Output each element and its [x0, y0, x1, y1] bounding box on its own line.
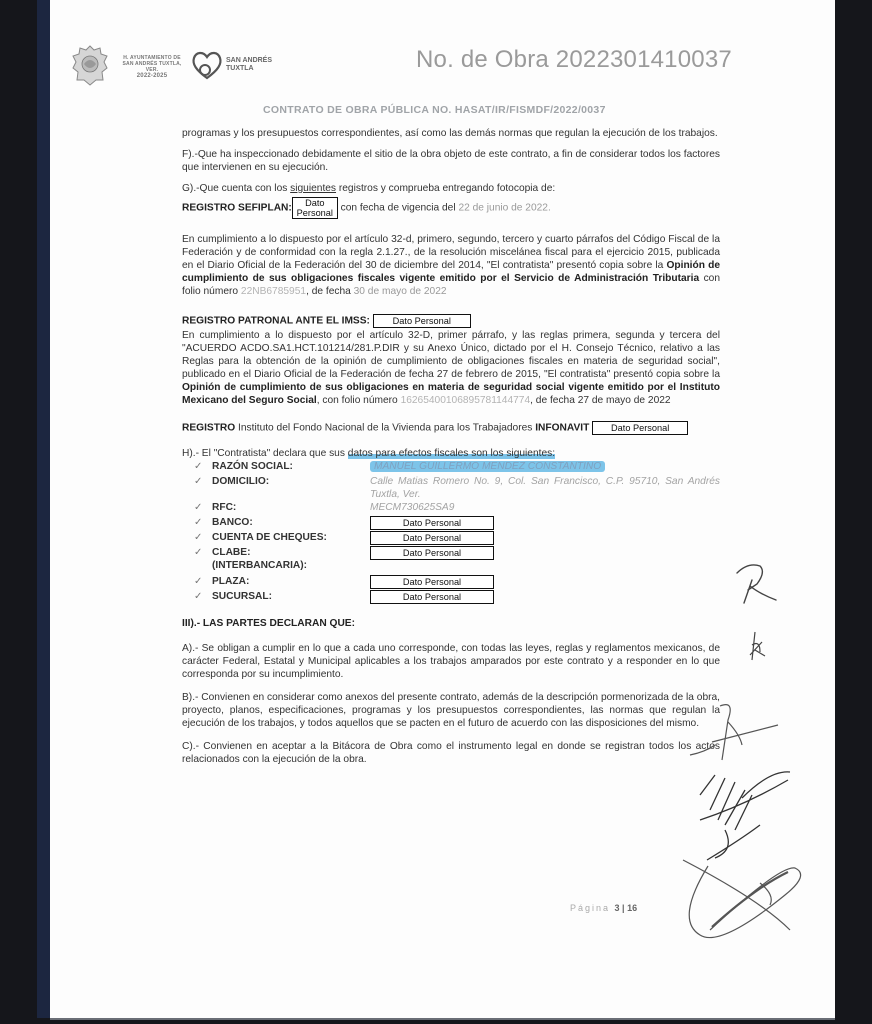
- redacted-line1: Dato: [305, 198, 324, 208]
- heart-logo-icon: [190, 48, 224, 82]
- fiscal-item: ✓RFC:MECM730625SA9: [182, 501, 720, 516]
- paragraph-f: F).-Que ha inspeccionado debidamente el …: [182, 148, 720, 174]
- infonavit-bold: INFONAVIT: [535, 423, 589, 434]
- fiscal-label: CLABE: (INTERBANCARIA):: [212, 546, 332, 572]
- document-body: programas y los presupuestos correspondi…: [182, 127, 720, 774]
- document-header: H. AYUNTAMIENTO DE SAN ANDRÉS TUXTLA, VE…: [70, 42, 750, 92]
- fiscal-data-list: ✓RAZÓN SOCIAL:MANUEL GUILLERMO MENDEZ CO…: [182, 460, 720, 605]
- infonavit-label: REGISTRO: [182, 423, 235, 434]
- checkmark-icon: ✓: [182, 501, 212, 514]
- checkmark-icon: ✓: [182, 575, 212, 588]
- imss-text-1: En cumplimiento a lo dispuesto por el ar…: [182, 330, 720, 380]
- sefiplan-text: con fecha de vigencia del: [338, 203, 459, 214]
- paragraph-h: H).- El "Contratista" declara que sus da…: [182, 447, 720, 460]
- sat-text-3: , de fecha: [306, 286, 354, 297]
- fiscal-label: DOMICILIO:: [212, 475, 370, 488]
- checkmark-icon: ✓: [182, 546, 212, 559]
- g-suffix: registros y comprueba entregando fotocop…: [336, 183, 555, 194]
- g-prefix: G).-Que cuenta con los: [182, 183, 290, 194]
- fiscal-value: Dato Personal: [370, 546, 720, 560]
- municipality-years: 2022-2025: [118, 73, 186, 79]
- sat-folio: 22NB6785951: [241, 286, 306, 297]
- infonavit-row: REGISTRO Instituto del Fondo Nacional de…: [182, 421, 720, 435]
- fiscal-label: RFC:: [212, 501, 370, 514]
- redacted-box: Dato Personal: [370, 546, 494, 560]
- checkmark-icon: ✓: [182, 475, 212, 488]
- fiscal-item: ✓RAZÓN SOCIAL:MANUEL GUILLERMO MENDEZ CO…: [182, 460, 720, 475]
- redacted-imss-box: Dato Personal: [373, 314, 471, 328]
- redacted-line2: Personal: [297, 208, 333, 218]
- redacted-box: Dato Personal: [370, 575, 494, 589]
- imss-folio: 16265400106895781144774: [401, 395, 531, 406]
- imss-row: REGISTRO PATRONAL ANTE EL IMSS: Dato Per…: [182, 314, 720, 328]
- fiscal-item: ✓CLABE: (INTERBANCARIA):Dato Personal: [182, 546, 720, 575]
- g-underlined: siguientes: [290, 183, 336, 194]
- fiscal-item: ✓DOMICILIO:Calle Matias Romero No. 9, Co…: [182, 475, 720, 501]
- page-label: Página: [570, 903, 610, 913]
- sefiplan-label: REGISTRO SEFIPLAN:: [182, 203, 292, 214]
- sat-text-1: En cumplimiento a lo dispuesto por el ar…: [182, 234, 720, 271]
- sefiplan-row: REGISTRO SEFIPLAN:DatoPersonal con fecha…: [182, 197, 720, 219]
- fiscal-value: Dato Personal: [370, 531, 720, 545]
- fiscal-value: Dato Personal: [370, 575, 720, 589]
- imss-label: REGISTRO PATRONAL ANTE EL IMSS:: [182, 316, 370, 327]
- redacted-box: Dato Personal: [370, 516, 494, 530]
- city-name-line2: TUXTLA: [226, 65, 272, 73]
- fiscal-label: RAZÓN SOCIAL:: [212, 460, 370, 473]
- obra-number: No. de Obra 2022301410037: [416, 46, 732, 74]
- redacted-infonavit-box: Dato Personal: [592, 421, 688, 435]
- imss-text-3: , de fecha 27 de mayo de 2022: [530, 395, 670, 406]
- fiscal-label: CUENTA DE CHEQUES:: [212, 531, 370, 544]
- checkmark-icon: ✓: [182, 590, 212, 603]
- section-iii-c: C).- Convienen en aceptar a la Bitácora …: [182, 740, 720, 766]
- contract-title: CONTRATO DE OBRA PÚBLICA NO. HASAT/IR/FI…: [263, 104, 606, 116]
- imss-paragraph: En cumplimiento a lo dispuesto por el ar…: [182, 329, 720, 407]
- sefiplan-date: 22 de junio de 2022.: [458, 203, 550, 214]
- page-count: 3 | 16: [615, 903, 638, 913]
- fiscal-value: Calle Matias Romero No. 9, Col. San Fran…: [370, 475, 720, 501]
- city-name-line1: SAN ANDRÉS: [226, 57, 272, 65]
- fiscal-label: PLAZA:: [212, 575, 370, 588]
- checkmark-icon: ✓: [182, 531, 212, 544]
- fiscal-item: ✓SUCURSAL:Dato Personal: [182, 590, 720, 605]
- fiscal-label: SUCURSAL:: [212, 590, 370, 603]
- fiscal-value: Dato Personal: [370, 516, 720, 530]
- fiscal-item: ✓PLAZA:Dato Personal: [182, 575, 720, 590]
- window-edge: [37, 0, 51, 1018]
- section-iii-b: B).- Convienen en considerar como anexos…: [182, 691, 720, 730]
- fiscal-item: ✓BANCO:Dato Personal: [182, 516, 720, 531]
- checkmark-icon: ✓: [182, 516, 212, 529]
- fiscal-label: BANCO:: [212, 516, 370, 529]
- fiscal-value: MANUEL GUILLERMO MENDEZ CONSTANTINO: [370, 460, 720, 473]
- municipal-crest-icon: [70, 44, 110, 86]
- infonavit-text: Instituto del Fondo Nacional de la Vivie…: [235, 423, 535, 434]
- sat-paragraph: En cumplimiento a lo dispuesto por el ar…: [182, 233, 720, 298]
- fiscal-value: Dato Personal: [370, 590, 720, 604]
- section-iii-a: A).- Se obligan a cumplir en lo que a ca…: [182, 642, 720, 681]
- intro-paragraph: programas y los presupuestos correspondi…: [182, 127, 720, 140]
- highlighted-name: MANUEL GUILLERMO MENDEZ CONSTANTINO: [370, 461, 605, 472]
- page-number: Página 3 | 16: [570, 903, 637, 913]
- fiscal-item: ✓CUENTA DE CHEQUES:Dato Personal: [182, 531, 720, 546]
- redacted-box: Dato Personal: [370, 590, 494, 604]
- h-highlighted: datos para efectos fiscales son los sigu…: [348, 448, 555, 459]
- fiscal-value: MECM730625SA9: [370, 501, 720, 514]
- municipality-line2: SAN ANDRÉS TUXTLA, VER.: [118, 61, 186, 73]
- municipality-text: H. AYUNTAMIENTO DE SAN ANDRÉS TUXTLA, VE…: [118, 55, 186, 79]
- city-logo-text: SAN ANDRÉS TUXTLA: [226, 57, 272, 73]
- checkmark-icon: ✓: [182, 460, 212, 473]
- imss-text-2: , con folio número: [317, 395, 401, 406]
- paragraph-g: G).-Que cuenta con los siguientes regist…: [182, 182, 720, 195]
- section-iii-heading: III).- LAS PARTES DECLARAN QUE:: [182, 617, 720, 630]
- h-prefix: H).- El "Contratista" declara que sus: [182, 448, 348, 459]
- redacted-sefiplan-box: DatoPersonal: [292, 197, 338, 219]
- sat-date: 30 de mayo de 2022: [354, 286, 447, 297]
- redacted-box: Dato Personal: [370, 531, 494, 545]
